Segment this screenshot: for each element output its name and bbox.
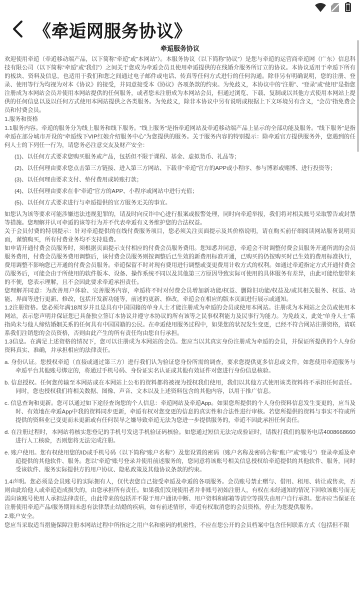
paragraph: 1.3信息。在满足上述资格的情况下，您可以注册成为本网站的会员。您应当以其真实身… <box>5 338 356 355</box>
lettered-item: b. 信息授权。任何您传输至本网站或在本网站上公布的资料都将被视为授权我们使用，… <box>5 379 356 396</box>
wifi-icon <box>315 3 326 12</box>
back-icon <box>12 20 23 38</box>
header: 《牵逅网服务协议》 <box>0 14 360 44</box>
numbered-item: (4)、以任何理由要求在非“牵逅”官方的APP、小程序或网站中进行充值； <box>5 188 356 197</box>
section-heading: 2.账户安全。 <box>5 513 356 522</box>
agreement-blocks: 欢迎使用牵逅（牵逅移动端产品，以下简称“牵逅”或“本网站”）。本服务协议（以下简… <box>5 56 356 531</box>
paragraph: 1.2注册资格。您必须年满18周岁并且是具有中国国籍的单身人士才能注册成为牵逅的… <box>5 304 356 338</box>
scrollbar-thumb[interactable] <box>357 40 360 152</box>
paragraph: 欢迎使用牵逅（牵逅移动端产品，以下简称“牵逅”或“本网站”）。本服务协议（以下简… <box>5 56 356 116</box>
paragraph: 1.1服务内容。牵逅的服务分为线上服务和线下服务。“线上服务”是指牵逅网站及牵逅… <box>5 125 356 151</box>
page-title: 《牵逅网服务协议》 <box>34 17 192 42</box>
numbered-item: (1)、以任何方式要求您购买服务或产品，包括但不限于课程、基金、虚拟货币、礼品等… <box>5 153 356 162</box>
paragraph: 您应当采取适当措施保障注册本网站过程中所指定之用户名和密码的机密性，不应在您公开… <box>5 522 356 531</box>
agreement-screen: 《牵逅网服务协议》 牵逅服务协议 欢迎使用牵逅（牵逅移动端产品，以下简称“牵逅”… <box>0 0 360 600</box>
paragraph: 您理解并同意：为改善用户体验、完善服务内容，牵逅将不时对付费会员增加新功能/权益… <box>5 287 356 304</box>
status-bar <box>0 0 360 14</box>
lettered-item: c. 信息查询和更新。您可以通过如下途径查询您的个人信息：牵逅网站及牵逅App。… <box>5 400 356 426</box>
battery-icon <box>345 2 351 12</box>
agreement-document[interactable]: 牵逅服务协议 欢迎使用牵逅（牵逅移动端产品，以下简称“牵逅”或“本网站”）。本服… <box>0 42 360 600</box>
lettered-item: e. 账户使用。您有权使用您的ID或手机号码（以下简称“账户名称”）及您设置的密… <box>5 449 356 475</box>
sim-slash-icon <box>331 3 340 12</box>
section-heading: 1.服务和资格 <box>5 116 356 125</box>
paragraph: 如您认为该等要求可能涉嫌违法违规犯罪的，请及时向反诈中心进行报案或报警处理，同时… <box>5 211 356 228</box>
lettered-item: d. 在注册过程时，本网站将核实您登记的手机号发送手机验证码核验。如您通过短信无… <box>5 429 356 446</box>
back-button[interactable] <box>0 14 34 44</box>
document-title: 牵逅服务协议 <box>5 44 356 53</box>
paragraph: 关于会员付费的特别提示：针对牵逅提供的在线付费服务项目，您必须关注页面提示及其价… <box>5 228 356 245</box>
paragraph: 1.4声明。您必须是会员账号的实际拥有人，仅代表您自己接受牵逅及牵逅的各项服务。… <box>5 478 356 512</box>
numbered-item: (5)、以任何方式要求进行与牵逅提供的官方服务无关的事宜。 <box>5 199 356 208</box>
paragraph: 如申请开通付费会员服务时，须根据页面提示支付相应的付费会员服务费用。您知悉并同意… <box>5 245 356 288</box>
numbered-item: (2)、以任何理由要求您点击第三方链接、进入第三方网站、下载非“牵逅”官方的AP… <box>5 165 356 174</box>
lettered-item: a. 身份认证。您授权牵逅（直接或通过第三方）进行我们认为验证您身份所需的调查，… <box>5 359 356 376</box>
numbered-item: (3)、以任何理由要求支付、垫付费用或转账打款； <box>5 176 356 185</box>
